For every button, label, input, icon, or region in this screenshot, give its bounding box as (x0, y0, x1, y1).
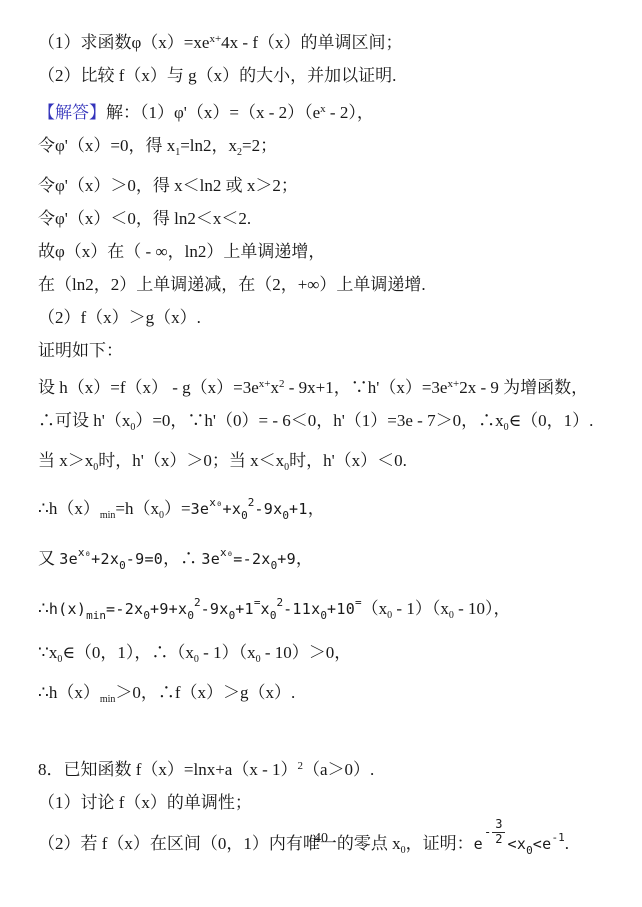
text-segment: ∴h（x） (38, 683, 100, 702)
page-number: 40 (0, 831, 642, 847)
text-segment: ）=0，∵h'（0）= - 6＜0，h'（1）=3e - 7＞0，∴x (135, 411, 503, 430)
text-segment: ∴h（x） (38, 499, 100, 518)
text-line: 证明如下： (38, 340, 618, 362)
text-line: 令φ'（x）=0，得 x1=ln2，x2=2； (38, 135, 618, 164)
text-segment: 8．已知函数 f（x）=lnx+a（x - 1） (38, 760, 298, 779)
text-line: 设 h（x）=f（x） - g（x）=3ex+x2 - 9x+1，∵h'（x）=… (38, 373, 618, 399)
formula-segment: 3e (59, 550, 78, 568)
text-segment: 故φ（x）在（ - ∞，ln2）上单调递增， (38, 242, 325, 261)
formula-subscript: 0 (270, 609, 277, 622)
subscript: min (100, 510, 116, 521)
text-segment: - 1）（x (199, 643, 256, 662)
formula-segment: +9 (277, 550, 296, 568)
formula-segment: +1 (289, 500, 308, 518)
text-segment: 证明如下： (38, 341, 123, 360)
formula-superscript: x₀ (78, 546, 91, 559)
text-segment: ∴可设 h'（x (38, 411, 130, 430)
text-line: （1）讨论 f（x）的单调性； (38, 792, 618, 814)
text-segment: （1）求函数φ（x）=xe (38, 33, 209, 52)
text-line: 令φ'（x）＞0，得 x＜ln2 或 x＞2； (38, 175, 618, 197)
text-line (38, 722, 618, 744)
text-segment: ∵x (38, 643, 57, 662)
text-line: 又 3ex₀+2x0-9=0，∴ 3ex₀=-2x0+9， (38, 542, 618, 577)
formula-superscript: 2 (194, 596, 201, 609)
formula-segment: +1 (235, 600, 254, 618)
text-segment: 4x - f（x）的单调区间； (221, 33, 402, 52)
superscript: x+ (209, 33, 221, 45)
formula-segment: -11x (283, 600, 320, 618)
text-segment: （2）f（x）＞g（x）. (38, 308, 201, 327)
text-segment: 又 (38, 549, 59, 568)
text-line: 在（ln2，2）上单调递减，在（2，+∞）上单调递增. (38, 274, 618, 296)
text-segment: （2）比较 f（x）与 g（x）的大小，并加以证明. (38, 66, 396, 85)
text-segment: - 2）， (326, 103, 374, 122)
text-line: ∴可设 h'（x0）=0，∵h'（0）= - 6＜0，h'（1）=3e - 7＞… (38, 410, 618, 439)
formula-segment: +x (223, 500, 242, 518)
text-segment: 在（ln2，2）上单调递减，在（2，+∞）上单调递增. (38, 275, 426, 294)
text-line: 8．已知函数 f（x）=lnx+a（x - 1）2（a＞0）. (38, 755, 618, 781)
superscript: x+ (447, 378, 459, 390)
text-segment: - 10）， (454, 599, 511, 618)
formula-subscript: 0 (119, 559, 126, 572)
text-line: 【解答】解：（1）φ'（x）=（x - 2）（ex - 2）， (38, 98, 618, 124)
formula-segment: =-2x (106, 600, 143, 618)
answer-label: 【解答】 (38, 103, 106, 122)
text-segment: ）= (164, 499, 191, 518)
subscript: min (100, 694, 116, 705)
text-segment: 2x - 9 为增函数， (459, 378, 588, 397)
text-segment: - 1）（x (392, 599, 449, 618)
formula-segment: h(x) (49, 600, 86, 618)
text-segment: - 9x+1，∵h'（x）=3e (285, 378, 448, 397)
text-segment: 令φ'（x）=0，得 x (38, 136, 175, 155)
text-segment: ＞0，∴f（x）＞g（x）. (115, 683, 295, 702)
text-segment: 令φ'（x）＞0，得 x＜ln2 或 x＞2； (38, 176, 298, 195)
document-body: （1）求函数φ（x）=xex+4x - f（x）的单调区间；（2）比较 f（x）… (38, 28, 618, 862)
text-segment: ∈（0，1）. (509, 411, 594, 430)
text-segment: =h（x (115, 499, 159, 518)
formula-segment: -9=0 (126, 550, 163, 568)
text-segment: 设 h（x）=f（x） - g（x）=3e (38, 378, 259, 397)
formula-subscript: 0 (143, 609, 150, 622)
text-segment: x (271, 378, 280, 397)
document-page: （1）求函数φ（x）=xex+4x - f（x）的单调区间；（2）比较 f（x）… (0, 0, 642, 907)
text-segment: =ln2，x (180, 136, 237, 155)
formula-segment: 3e (191, 500, 210, 518)
text-segment: 令φ'（x）＜0，得 ln2＜x＜2. (38, 209, 251, 228)
text-segment: =2； (242, 136, 277, 155)
text-segment: ∴ (38, 599, 49, 618)
text-line: 令φ'（x）＜0，得 ln2＜x＜2. (38, 208, 618, 230)
formula-segment: =-2x (233, 550, 270, 568)
formula-segment: -9x (254, 500, 282, 518)
formula-segment: x (260, 600, 269, 618)
formula-segment: -9x (201, 600, 229, 618)
text-line: ∵x0∈（0，1），∴（x0 - 1）（x0 - 10）＞0， (38, 642, 618, 671)
text-segment: ，∴ (163, 549, 201, 568)
formula-subscript: min (86, 609, 106, 622)
formula-segment: +10 (327, 600, 355, 618)
text-line: ∴h（x）min=h（x0）=3ex₀+x02-9x0+1， (38, 492, 618, 527)
text-line: （2）比较 f（x）与 g（x）的大小，并加以证明. (38, 65, 618, 87)
text-segment: ， (296, 549, 313, 568)
text-line: ∴h（x）min＞0，∴f（x）＞g（x）. (38, 682, 618, 711)
formula-segment: 3e (201, 550, 220, 568)
text-line: （2）f（x）＞g（x）. (38, 307, 618, 329)
text-line: （1）求函数φ（x）=xex+4x - f（x）的单调区间； (38, 28, 618, 54)
text-segment: （a＞0）. (303, 760, 374, 779)
text-segment: - 10）＞0， (261, 643, 352, 662)
text-segment: （x (362, 599, 388, 618)
text-segment: 时，h'（x）＜0. (289, 451, 407, 470)
formula-superscript: x₀ (209, 496, 222, 509)
superscript: x+ (259, 378, 271, 390)
text-segment: ， (308, 499, 325, 518)
formula-subscript: 0 (241, 509, 248, 522)
text-line: ∴h(x)min=-2x0+9+x02-9x0+1=x02-11x0+10=（x… (38, 592, 618, 627)
text-segment: ∈（0，1），∴（x (62, 643, 194, 662)
text-segment: 时，h'（x）＞0；当 x＜x (98, 451, 284, 470)
text-line: 故φ（x）在（ - ∞，ln2）上单调递增， (38, 241, 618, 263)
formula-superscript: = (355, 596, 362, 609)
text-segment: （1）讨论 f（x）的单调性； (38, 793, 252, 812)
formula-superscript: x₀ (220, 546, 233, 559)
formula-segment: +2x (91, 550, 119, 568)
formula-subscript: 0 (187, 609, 194, 622)
text-segment: 当 x＞x (38, 451, 93, 470)
text-segment: 解：（1）φ'（x）=（x - 2）（e (106, 103, 320, 122)
text-line: 当 x＞x0时，h'（x）＞0；当 x＜x0时，h'（x）＜0. (38, 450, 618, 479)
formula-segment: +9+x (150, 600, 187, 618)
